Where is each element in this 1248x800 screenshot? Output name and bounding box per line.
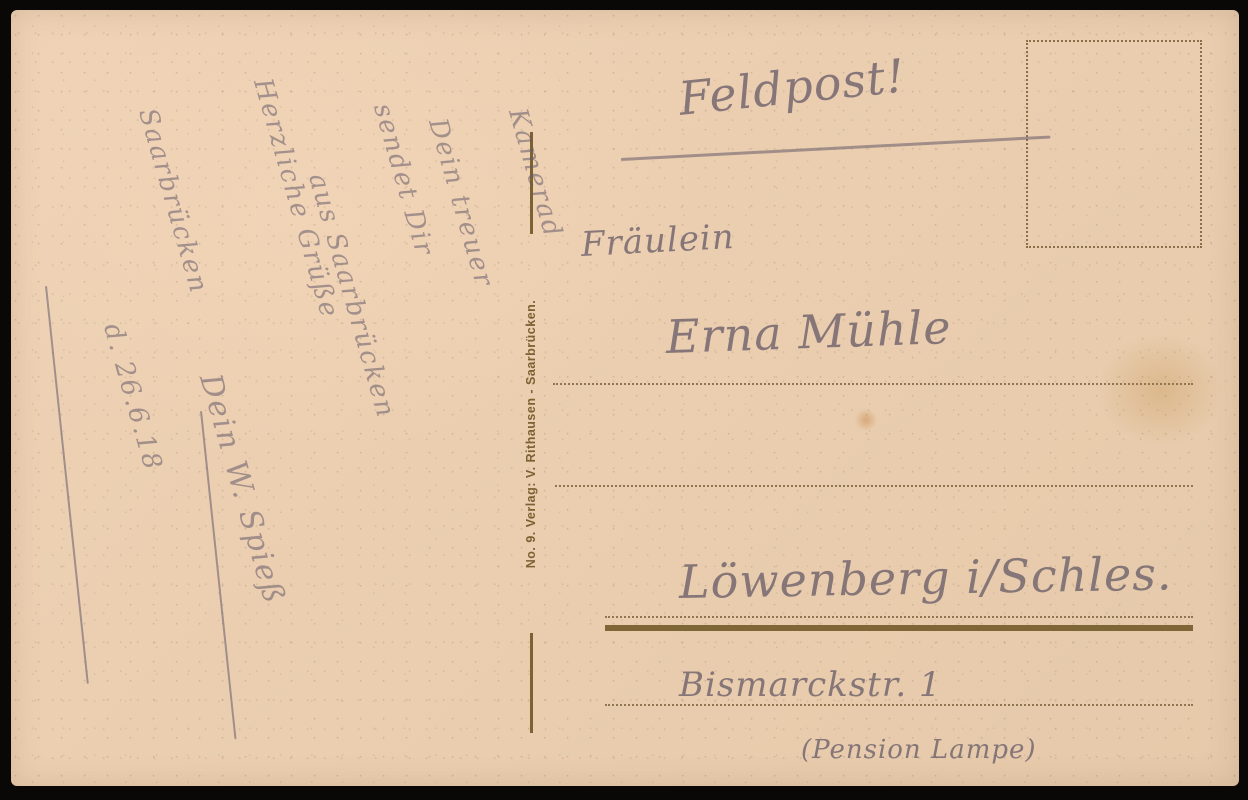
message-line-4: Dein treuer [422,115,499,291]
margin-stroke [45,286,89,684]
postcard-back: No. 9. Verlag: V. Rithausen - Saarbrücke… [11,10,1239,786]
stamp-box [1026,40,1202,248]
date-line: d. 26.6.18 [97,320,168,475]
place-line: Saarbrücken [132,105,214,297]
publisher-imprint-text: No. 9. Verlag: V. Rithausen - Saarbrücke… [524,300,538,569]
address-line-2 [555,485,1193,487]
city: Löwenberg i/Schles. [679,546,1173,609]
feldpost-header: Feldpost! [676,48,908,125]
street: Bismarckstr. 1 [679,665,942,705]
salutation: Fräulein [580,217,736,265]
address-note: (Pension Lampe) [801,735,1037,765]
message-line-5: Kamerad [502,105,568,242]
header-underline [621,135,1051,161]
recipient-name: Erna Mühle [665,300,952,364]
address-line-3 [605,616,1193,618]
address-heavy-line [605,625,1193,631]
divider-line-bottom [530,633,533,733]
address-line-1 [553,383,1193,385]
